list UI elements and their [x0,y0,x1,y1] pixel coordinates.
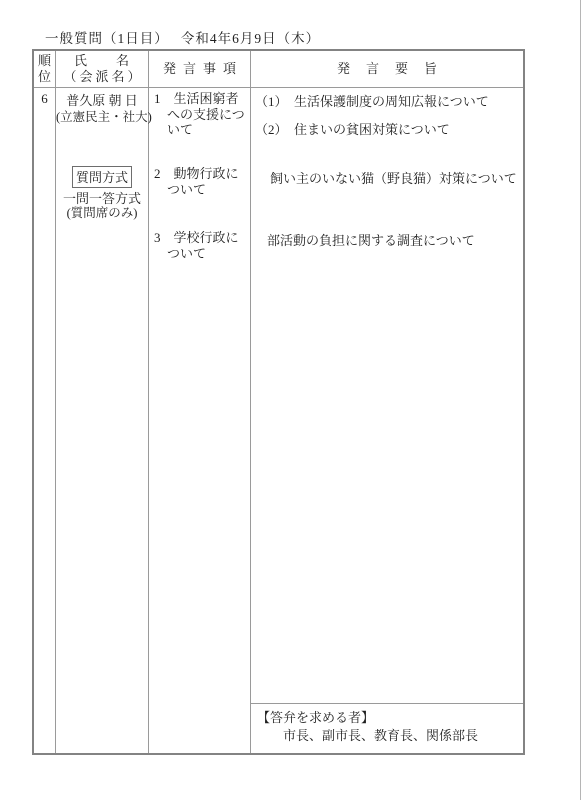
summary-item: 飼い主のいない猫（野良猫）対策について [270,168,521,187]
topic-item: 3 学校行政に ついて [154,230,248,261]
schedule-table: 順 位 氏 名 （会派名） 発言事項 発言要旨 6 普久原 朝 日 (立憲民主・… [32,49,525,755]
summary-cell: （1） 生活保護制度の周知広報について （2） 住まいの貧困対策について 飼い主… [251,88,523,753]
header-topics-label: 発言事項 [163,61,243,77]
table-body-row: 6 普久原 朝 日 (立憲民主・社大) 質問方式 一問一答方式 (質問席のみ) … [34,88,523,753]
respondents-names: 市長、副市長、教育長、関係部長 [257,727,519,745]
topics-cell: 1 生活困窮者 への支援につ いて 2 動物行政に ついて 3 学校行政に つい… [149,88,251,753]
respondents-section: 【答弁を求める者】 市長、副市長、教育長、関係部長 [251,703,523,753]
topic-item: 2 動物行政に ついて [154,166,248,197]
header-summary-cell: 発言要旨 [251,51,523,87]
faction-name: (立憲民主・社大) [56,107,148,125]
name-cell: 普久原 朝 日 (立憲民主・社大) 質問方式 一問一答方式 (質問席のみ) [56,88,149,753]
summary-item: 部活動の負担に関する調査について [267,230,521,249]
topic-item: 1 生活困窮者 への支援につ いて [154,91,248,138]
header-rank-label: 順 位 [38,53,51,85]
rank-cell: 6 [34,88,56,753]
rank-value: 6 [34,91,55,107]
document-page: 一般質問（1日目） 令和4年6月9日（木） 順 位 氏 名 （会派名） 発言事項… [0,0,583,800]
header-name-label: 氏 名 [74,53,130,69]
header-summary-label: 発言要旨 [337,61,453,77]
question-method-box: 質問方式 [72,166,132,188]
header-faction-label: （会派名） [63,69,143,85]
summary-item: （2） 住まいの貧困対策について [255,119,521,138]
summary-item: （1） 生活保護制度の周知広報について [255,91,521,110]
page-edge-line [580,0,581,800]
respondents-label: 【答弁を求める者】 [257,709,519,727]
header-name-cell: 氏 名 （会派名） [56,51,149,87]
table-header-row: 順 位 氏 名 （会派名） 発言事項 発言要旨 [34,51,523,88]
header-topics-cell: 発言事項 [149,51,251,87]
page-title: 一般質問（1日目） 令和4年6月9日（木） [45,27,320,47]
question-method-note: (質問席のみ) [56,203,148,221]
header-rank-cell: 順 位 [34,51,56,87]
